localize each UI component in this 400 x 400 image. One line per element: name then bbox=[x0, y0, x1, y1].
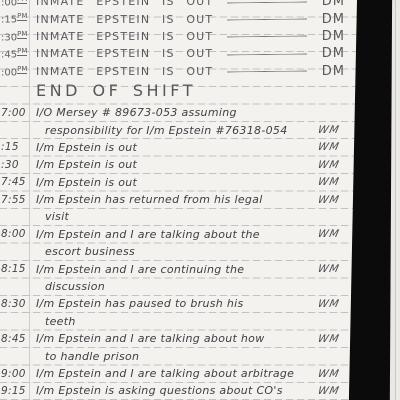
page-content: :00PM INMATE EPSTEIN IS OUT DM :15PM INM… bbox=[0, 0, 361, 400]
log-line: visit bbox=[0, 208, 361, 225]
entry-time: :15PM bbox=[0, 12, 31, 25]
dash-line bbox=[227, 71, 307, 73]
entry-time: 8:00 bbox=[0, 228, 31, 240]
log-line: 8:30 I/m Epstein has paused to brush his… bbox=[0, 295, 361, 312]
log-line: to handle prison bbox=[0, 347, 361, 364]
ampm-superscript: PM bbox=[17, 0, 27, 4]
printed-log-row: :30PM INMATE EPSTEIN IS OUT DM bbox=[0, 28, 361, 45]
scan-edge-strip bbox=[391, 0, 400, 400]
entry-text: visit bbox=[45, 210, 69, 223]
entry-time: 8:45 bbox=[0, 333, 31, 345]
entry-time: 9:15 bbox=[0, 385, 31, 397]
printed-log-row: :45PM INMATE EPSTEIN IS OUT DM bbox=[0, 45, 361, 62]
printed-log-row: :15PM INMATE EPSTEIN IS OUT DM bbox=[0, 10, 361, 27]
entry-text: I/m Epstein is out bbox=[36, 158, 137, 171]
entry-text: I/m Epstein has paused to brush his bbox=[36, 297, 244, 310]
ampm-superscript: PM bbox=[17, 65, 27, 74]
log-line: discussion bbox=[0, 278, 361, 295]
entry-time: 7:45 bbox=[0, 176, 31, 188]
log-line: 7:00 I/O Mersey # 89673-053 assuming bbox=[0, 104, 361, 121]
inmate-status-text: INMATE EPSTEIN IS OUT bbox=[36, 0, 213, 8]
officer-initials: DM bbox=[322, 64, 361, 79]
entry-time: :30PM bbox=[0, 30, 31, 43]
dash-line bbox=[227, 19, 307, 21]
entry-text: I/m Epstein is asking questions about CO… bbox=[36, 384, 283, 397]
log-line: responsibility for I/m Epstein #76318-05… bbox=[0, 121, 361, 138]
dash-line bbox=[227, 1, 307, 3]
entry-text: I/m Epstein and I are talking about how bbox=[36, 332, 265, 345]
entry-time: :00PM bbox=[0, 0, 31, 8]
entry-text: discussion bbox=[45, 280, 105, 293]
log-line: teeth bbox=[0, 313, 361, 330]
log-line: :15 I/m Epstein is out WM bbox=[0, 139, 361, 156]
entry-text: I/m Epstein is out bbox=[36, 176, 137, 189]
entry-time: 7:00 bbox=[0, 107, 31, 119]
entry-time: :30 bbox=[0, 159, 31, 171]
entry-time: 7:55 bbox=[0, 194, 31, 206]
cursive-log-lines: 7:00 I/O Mersey # 89673-053 assuming res… bbox=[0, 104, 361, 400]
entry-time: :15 bbox=[0, 141, 31, 153]
entry-text: I/m Epstein and I are continuing the bbox=[36, 263, 244, 276]
officer-initials: DM bbox=[322, 46, 361, 61]
entry-text: to handle prison bbox=[45, 350, 139, 363]
entry-time: :45PM bbox=[0, 47, 31, 60]
log-line: 7:55 I/m Epstein has returned from his l… bbox=[0, 191, 361, 208]
officer-initials: DM bbox=[322, 29, 361, 44]
entry-text: teeth bbox=[45, 315, 76, 328]
inmate-status-text: INMATE EPSTEIN IS OUT bbox=[36, 65, 213, 78]
entry-text: I/m Epstein and I are talking about arbi… bbox=[36, 367, 294, 380]
entry-time: :00PM bbox=[0, 65, 31, 78]
log-line: 8:00 I/m Epstein and I are talking about… bbox=[0, 226, 361, 243]
entry-text: I/O Mersey # 89673-053 assuming bbox=[36, 106, 237, 119]
log-line: 9:15 I/m Epstein is asking questions abo… bbox=[0, 382, 361, 399]
log-line: 9:00 I/m Epstein and I are talking about… bbox=[0, 365, 361, 382]
inmate-status-text: INMATE EPSTEIN IS OUT bbox=[36, 13, 213, 26]
officer-initials: DM bbox=[322, 0, 361, 9]
printed-log-rows: :00PM INMATE EPSTEIN IS OUT DM :15PM INM… bbox=[0, 0, 361, 80]
log-line: :30 I/m Epstein is out WM bbox=[0, 156, 361, 173]
entry-text: escort business bbox=[45, 245, 135, 258]
officer-initials: DM bbox=[322, 12, 361, 27]
log-line: 8:15 I/m Epstein and I are continuing th… bbox=[0, 260, 361, 277]
entry-time: 8:15 bbox=[0, 263, 31, 275]
log-line: escort business bbox=[0, 243, 361, 260]
inmate-status-text: INMATE EPSTEIN IS OUT bbox=[36, 30, 213, 43]
log-sheet-page: :00PM INMATE EPSTEIN IS OUT DM :15PM INM… bbox=[0, 0, 361, 400]
inmate-status-text: INMATE EPSTEIN IS OUT bbox=[36, 47, 213, 60]
printed-log-row: :00PM INMATE EPSTEIN IS OUT DM bbox=[0, 63, 361, 80]
ampm-superscript: PM bbox=[17, 12, 27, 21]
entry-time: 9:00 bbox=[0, 368, 31, 380]
entry-text: I/m Epstein has returned from his legal bbox=[36, 193, 263, 206]
entry-text: I/m Epstein is out bbox=[36, 141, 137, 154]
log-line: 8:45 I/m Epstein and I are talking about… bbox=[0, 330, 361, 347]
dash-line bbox=[227, 53, 307, 55]
ampm-superscript: PM bbox=[17, 30, 27, 39]
entry-text: I/m Epstein and I are talking about the bbox=[36, 228, 260, 241]
log-line: 7:45 I/m Epstein is out WM bbox=[0, 174, 361, 191]
entry-time: 8:30 bbox=[0, 298, 31, 310]
entry-text: responsibility for I/m Epstein #76318-05… bbox=[45, 124, 288, 137]
ampm-superscript: PM bbox=[17, 47, 27, 56]
dash-line bbox=[227, 36, 307, 38]
printed-log-row: :00PM INMATE EPSTEIN IS OUT DM bbox=[0, 0, 361, 10]
end-of-shift-heading: END OF SHIFT bbox=[36, 80, 361, 104]
